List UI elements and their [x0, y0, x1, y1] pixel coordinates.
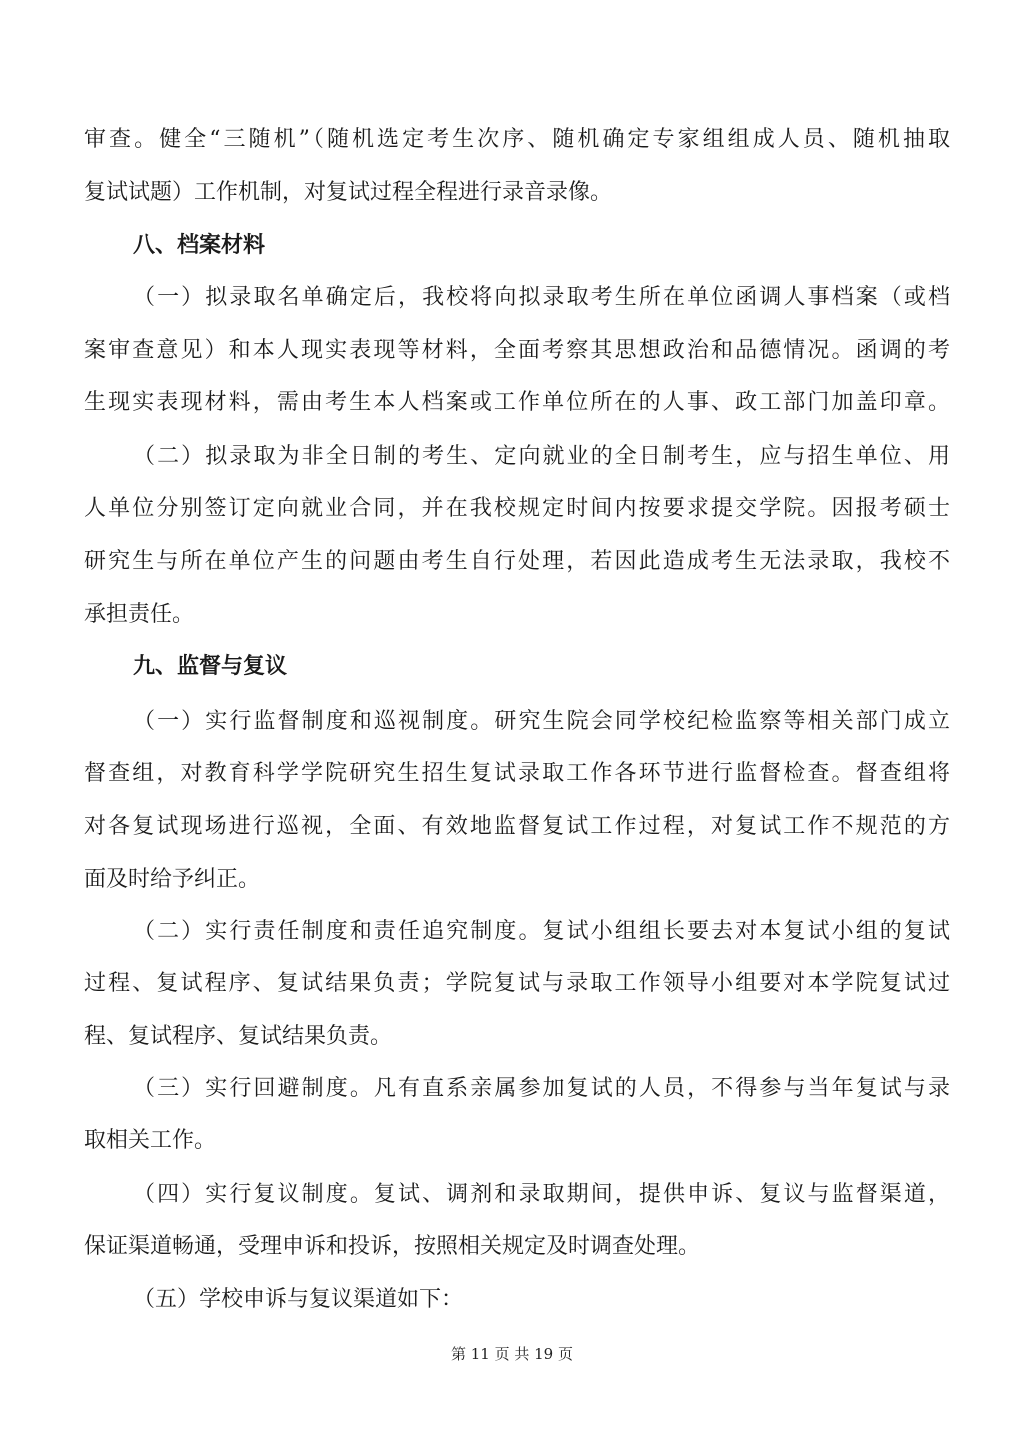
paragraph-line: 取相关工作。: [84, 1126, 950, 1156]
paragraph-line: 面及时给予纠正。: [84, 865, 950, 895]
paragraph-line: 承担责任。: [84, 600, 950, 630]
paragraph-line: 过程、复试程序、复试结果负责；学院复试与录取工作领导小组要对本学院复试过: [84, 969, 950, 999]
paragraph-line: （四）实行复议制度。复试、调剂和录取期间，提供申诉、复议与监督渠道，: [133, 1180, 950, 1210]
section-heading-supervision: 九、监督与复议: [133, 652, 287, 682]
paragraph-line: 案审查意见）和本人现实表现等材料，全面考察其思想政治和品德情况。函调的考: [84, 336, 950, 366]
paragraph-line: 审查。健全“三随机”（随机选定考生次序、随机确定专家组组成人员、随机抽取: [84, 125, 950, 155]
paragraph-line: 生现实表现材料，需由考生本人档案或工作单位所在的人事、政工部门加盖印章。: [84, 388, 950, 418]
paragraph-line: 复试试题）工作机制，对复试过程全程进行录音录像。: [84, 178, 950, 208]
document-page: 审查。健全“三随机”（随机选定考生次序、随机确定专家组组成人员、随机抽取 复试试…: [0, 0, 1024, 1448]
paragraph-line: 督查组，对教育科学学院研究生招生复试录取工作各环节进行监督检查。督查组将: [84, 759, 950, 789]
paragraph-line: 人单位分别签订定向就业合同，并在我校规定时间内按要求提交学院。因报考硕士: [84, 494, 950, 524]
section-heading-archives: 八、档案材料: [133, 231, 265, 261]
paragraph-line: 保证渠道畅通，受理申诉和投诉，按照相关规定及时调查处理。: [84, 1232, 950, 1262]
paragraph-line: （一）实行监督制度和巡视制度。研究生院会同学校纪检监察等相关部门成立: [133, 707, 950, 737]
paragraph-line: 程、复试程序、复试结果负责。: [84, 1022, 950, 1052]
page-number-footer: 第 11 页 共 19 页: [0, 1342, 1024, 1366]
paragraph-line: 研究生与所在单位产生的问题由考生自行处理，若因此造成考生无法录取，我校不: [84, 547, 950, 577]
paragraph-line: （三）实行回避制度。凡有直系亲属参加复试的人员，不得参与当年复试与录: [133, 1074, 950, 1104]
paragraph-line: 对各复试现场进行巡视，全面、有效地监督复试工作过程，对复试工作不规范的方: [84, 812, 950, 842]
paragraph-line: （二）拟录取为非全日制的考生、定向就业的全日制考生，应与招生单位、用: [133, 442, 950, 472]
paragraph-line: （二）实行责任制度和责任追究制度。复试小组组长要去对本复试小组的复试: [133, 917, 950, 947]
paragraph-line: （五）学校申诉与复议渠道如下：: [133, 1285, 950, 1315]
paragraph-line: （一）拟录取名单确定后，我校将向拟录取考生所在单位函调人事档案（或档: [133, 283, 950, 313]
